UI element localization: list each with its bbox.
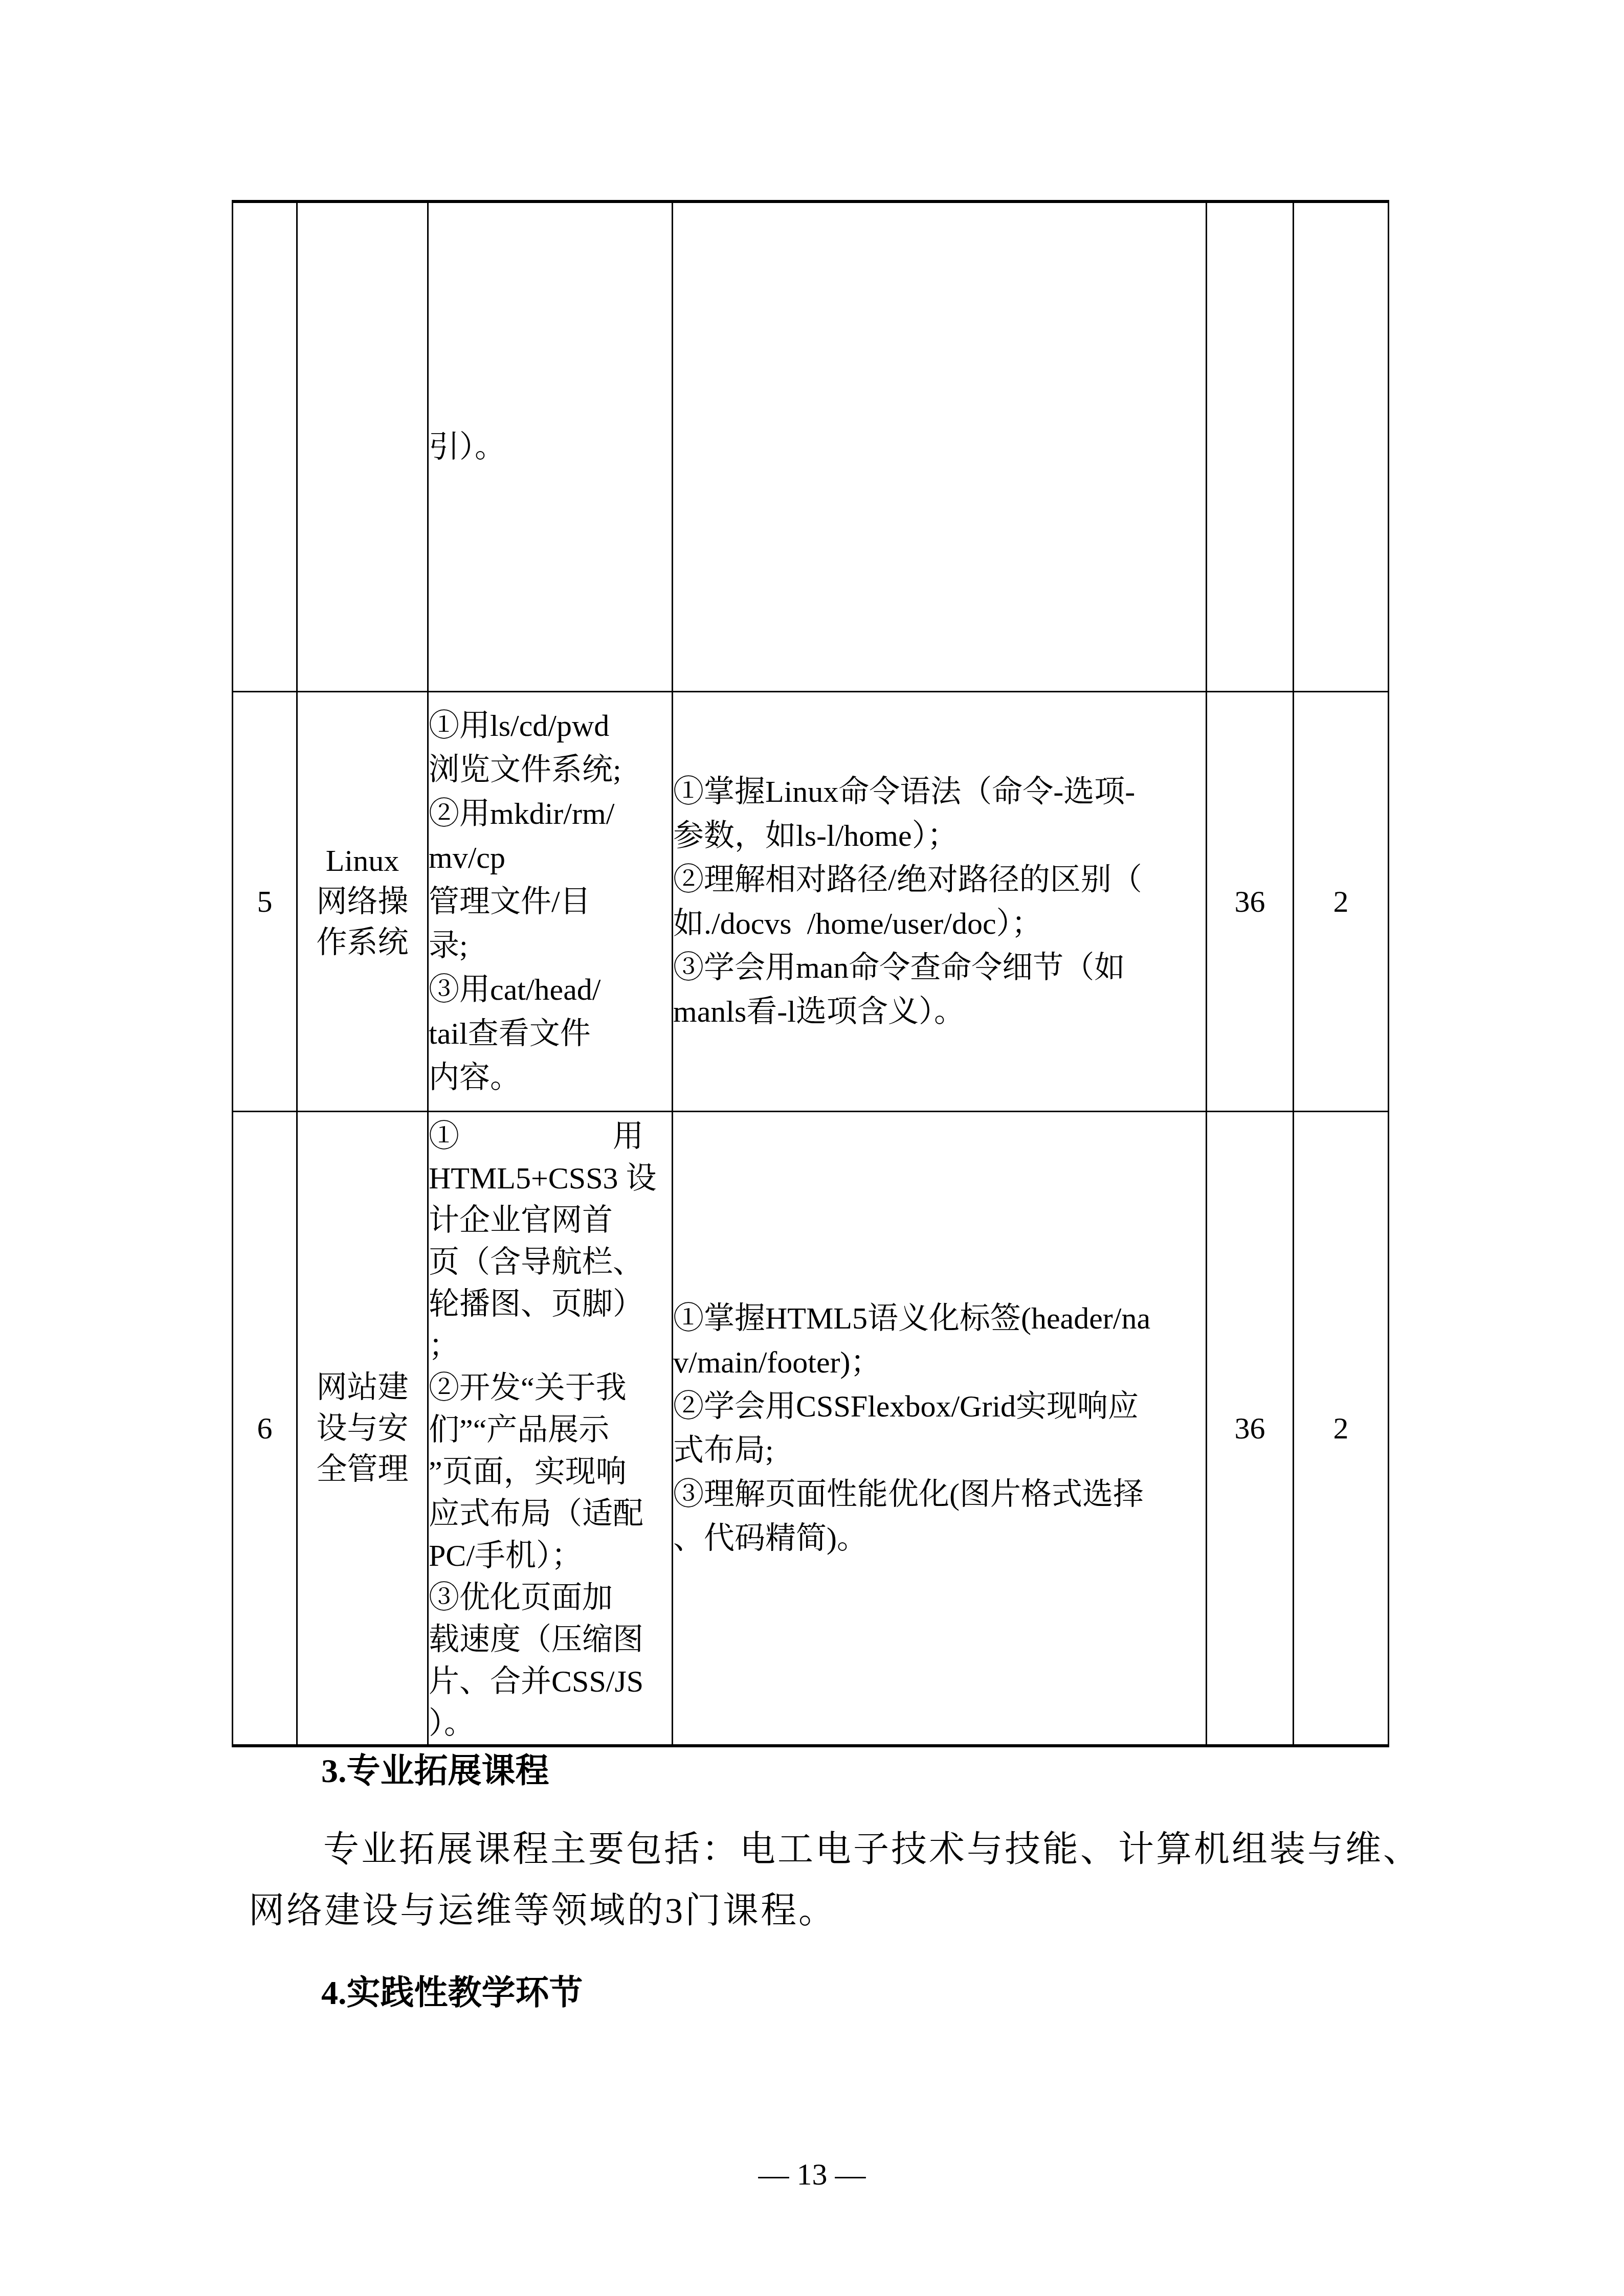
text-line: ②学会用CSSFlexbox/Grid实现响应 (673, 1384, 1206, 1428)
text-line: HTML5+CSS3 设 (429, 1157, 672, 1199)
cell-tasks: ①用ls/cd/pwd浏览文件系统;②用mkdir/rm/mv/cp管理文件/目… (428, 691, 673, 1111)
cell-credits: 2 (1294, 1111, 1389, 1746)
table-row-continuation: 引）。 (233, 201, 1389, 691)
cell-hours (1207, 201, 1294, 691)
document-page: 引）。 5 Linux网络操作系统 ①用ls/cd/pwd浏览文件系统;②用mk… (0, 0, 1624, 2296)
cell-objectives (673, 201, 1207, 691)
text-line: tail查看文件 (429, 1011, 672, 1055)
text-line: 浏览文件系统; (429, 748, 672, 792)
text-line: ① 用 (429, 1115, 672, 1157)
text-line: mv/cp (429, 836, 672, 880)
course-plan-table: 引）。 5 Linux网络操作系统 ①用ls/cd/pwd浏览文件系统;②用mk… (232, 200, 1389, 1747)
text-line: 引）。 (429, 425, 672, 469)
text-line: 网络操 (298, 881, 427, 922)
text-line: 如./docvs /home/user/doc）； (673, 902, 1206, 946)
cell-hours: 36 (1207, 691, 1294, 1111)
text-line: PC/手机）； (429, 1535, 672, 1577)
text-line: 网站建 (298, 1367, 427, 1408)
text-line: 参数，如ls-l/home）； (673, 814, 1206, 858)
cell-credits (1294, 201, 1389, 691)
text-line: ①掌握Linux命令语法（命令-选项- (673, 770, 1206, 814)
text-line: ③优化页面加 (429, 1577, 672, 1618)
cell-course-name (297, 201, 428, 691)
cell-credits: 2 (1294, 691, 1389, 1111)
text-line: 页（含导航栏、 (429, 1241, 672, 1283)
text-line: ③理解页面性能优化(图片格式选择 (673, 1472, 1206, 1516)
text-line: ③学会用man命令查命令细节（如 (673, 946, 1206, 989)
text-line: ①用ls/cd/pwd (429, 704, 672, 748)
cell-row-number (233, 201, 297, 691)
text-line: 设与安 (298, 1408, 427, 1449)
paragraph-line-2: 网络建设与运维等领域的3门课程。 (249, 1890, 836, 1933)
text-line: 轮播图、页脚） (429, 1283, 672, 1325)
text-line: ③用cat/head/ (429, 967, 672, 1011)
text-line: ②用mkdir/rm/ (429, 792, 672, 836)
text-line: ； (429, 1325, 672, 1367)
text-line: 、代码精简)。 (673, 1516, 1206, 1560)
text-line: 内容。 (429, 1055, 672, 1099)
text-line: 录; (429, 924, 672, 967)
cell-row-number: 5 (233, 691, 297, 1111)
cell-course-name: 网站建设与安全管理 (297, 1111, 428, 1746)
text-line: ①掌握HTML5语义化标签(header/na (673, 1296, 1206, 1340)
cell-course-name: Linux网络操作系统 (297, 691, 428, 1111)
section-heading-4: 4.实践性教学环节 (321, 1973, 583, 2014)
text-line: 作系统 (298, 922, 427, 963)
table-row-linux: 5 Linux网络操作系统 ①用ls/cd/pwd浏览文件系统;②用mkdir/… (233, 691, 1389, 1111)
text-line: 全管理 (298, 1449, 427, 1490)
table-row-website: 6 网站建设与安全管理 ① 用HTML5+CSS3 设计企业官网首页（含导航栏、… (233, 1111, 1389, 1746)
text-line: 管理文件/目 (429, 880, 672, 924)
text-line: ”页面，实现响 (429, 1451, 672, 1493)
section-heading-3: 3.专业拓展课程 (321, 1751, 549, 1792)
cell-tasks: 引）。 (428, 201, 673, 691)
text-line: ）。 (429, 1702, 672, 1744)
text-line: 片、合并CSS/JS (429, 1660, 672, 1702)
cell-objectives: ①掌握HTML5语义化标签(header/nav/main/footer)；②学… (673, 1111, 1207, 1746)
text-line: ②开发“关于我 (429, 1367, 672, 1409)
cell-hours: 36 (1207, 1111, 1294, 1746)
cell-row-number: 6 (233, 1111, 297, 1746)
text-line: Linux (298, 840, 427, 881)
text-line: 应式布局（适配 (429, 1493, 672, 1535)
text-line: ②理解相对路径/绝对路径的区别（ (673, 858, 1206, 902)
cell-tasks: ① 用HTML5+CSS3 设计企业官网首页（含导航栏、轮播图、页脚）；②开发“… (428, 1111, 673, 1746)
text-line: 式布局; (673, 1428, 1206, 1472)
cell-objectives: ①掌握Linux命令语法（命令-选项-参数，如ls-l/home）；②理解相对路… (673, 691, 1207, 1111)
text-line: manls看-l选项含义）。 (673, 989, 1206, 1033)
text-line: 计企业官网首 (429, 1199, 672, 1241)
text-line: v/main/footer)； (673, 1340, 1206, 1384)
text-line: 载速度（压缩图 (429, 1618, 672, 1660)
text-line: 们”“产品展示 (429, 1409, 672, 1451)
page-number: — 13 — (0, 2154, 1624, 2195)
paragraph-line-1: 专业拓展课程主要包括：电工电子技术与技能、计算机组装与维、 (323, 1829, 1421, 1872)
